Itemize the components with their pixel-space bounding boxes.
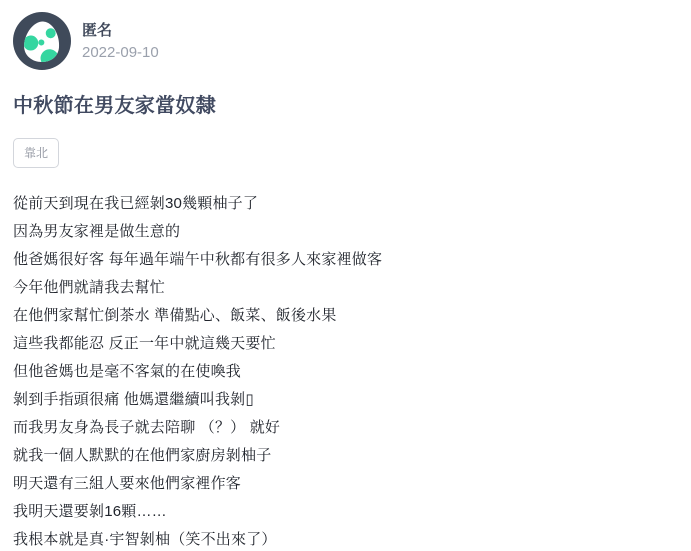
post-body: 從前天到現在我已經剝30幾顆柚子了 因為男友家裡是做生意的 他爸媽很好客 每年過…: [13, 190, 677, 551]
author-info: 匿名 2022-09-10: [82, 23, 159, 60]
post-body-line: 他爸媽很好客 每年過年端午中秋都有很多人來家裡做客: [13, 246, 677, 274]
post-body-line: 因為男友家裡是做生意的: [13, 218, 677, 246]
post-body-line: 在他們家幫忙倒茶水 準備點心、飯菜、飯後水果: [13, 302, 677, 330]
anonymous-egg-avatar-icon: [13, 12, 71, 70]
badge-row: 靠北: [13, 138, 677, 168]
author-row: 匿名 2022-09-10: [13, 12, 677, 70]
post-body-line: 就我一個人默默的在他們家廚房剝柚子: [13, 442, 677, 470]
post-body-line: 我明天還要剝16顆……: [13, 498, 677, 526]
author-name: 匿名: [82, 23, 159, 38]
post-date: 2022-09-10: [82, 45, 159, 60]
post-body-line: 從前天到現在我已經剝30幾顆柚子了: [13, 190, 677, 218]
post-container: 匿名 2022-09-10 中秋節在男友家當奴隸 靠北 從前天到現在我已經剝30…: [0, 0, 691, 551]
post-body-line: 但他爸媽也是毫不客氣的在使喚我: [13, 358, 677, 386]
post-body-line: 我根本就是真·宇智剝柚（笑不出來了）: [13, 526, 677, 551]
post-body-line: 明天還有三組人要來他們家裡作客: [13, 470, 677, 498]
post-title: 中秋節在男友家當奴隸: [13, 96, 677, 116]
post-body-line: 這些我都能忍 反正一年中就這幾天要忙: [13, 330, 677, 358]
topic-badge[interactable]: 靠北: [13, 138, 59, 168]
post-body-line: 剝到手指頭很痛 他媽還繼續叫我剝▯: [13, 386, 677, 414]
post-body-line: 今年他們就請我去幫忙: [13, 274, 677, 302]
post-body-line: 而我男友身為長子就去陪聊 （？） 就好: [13, 414, 677, 442]
